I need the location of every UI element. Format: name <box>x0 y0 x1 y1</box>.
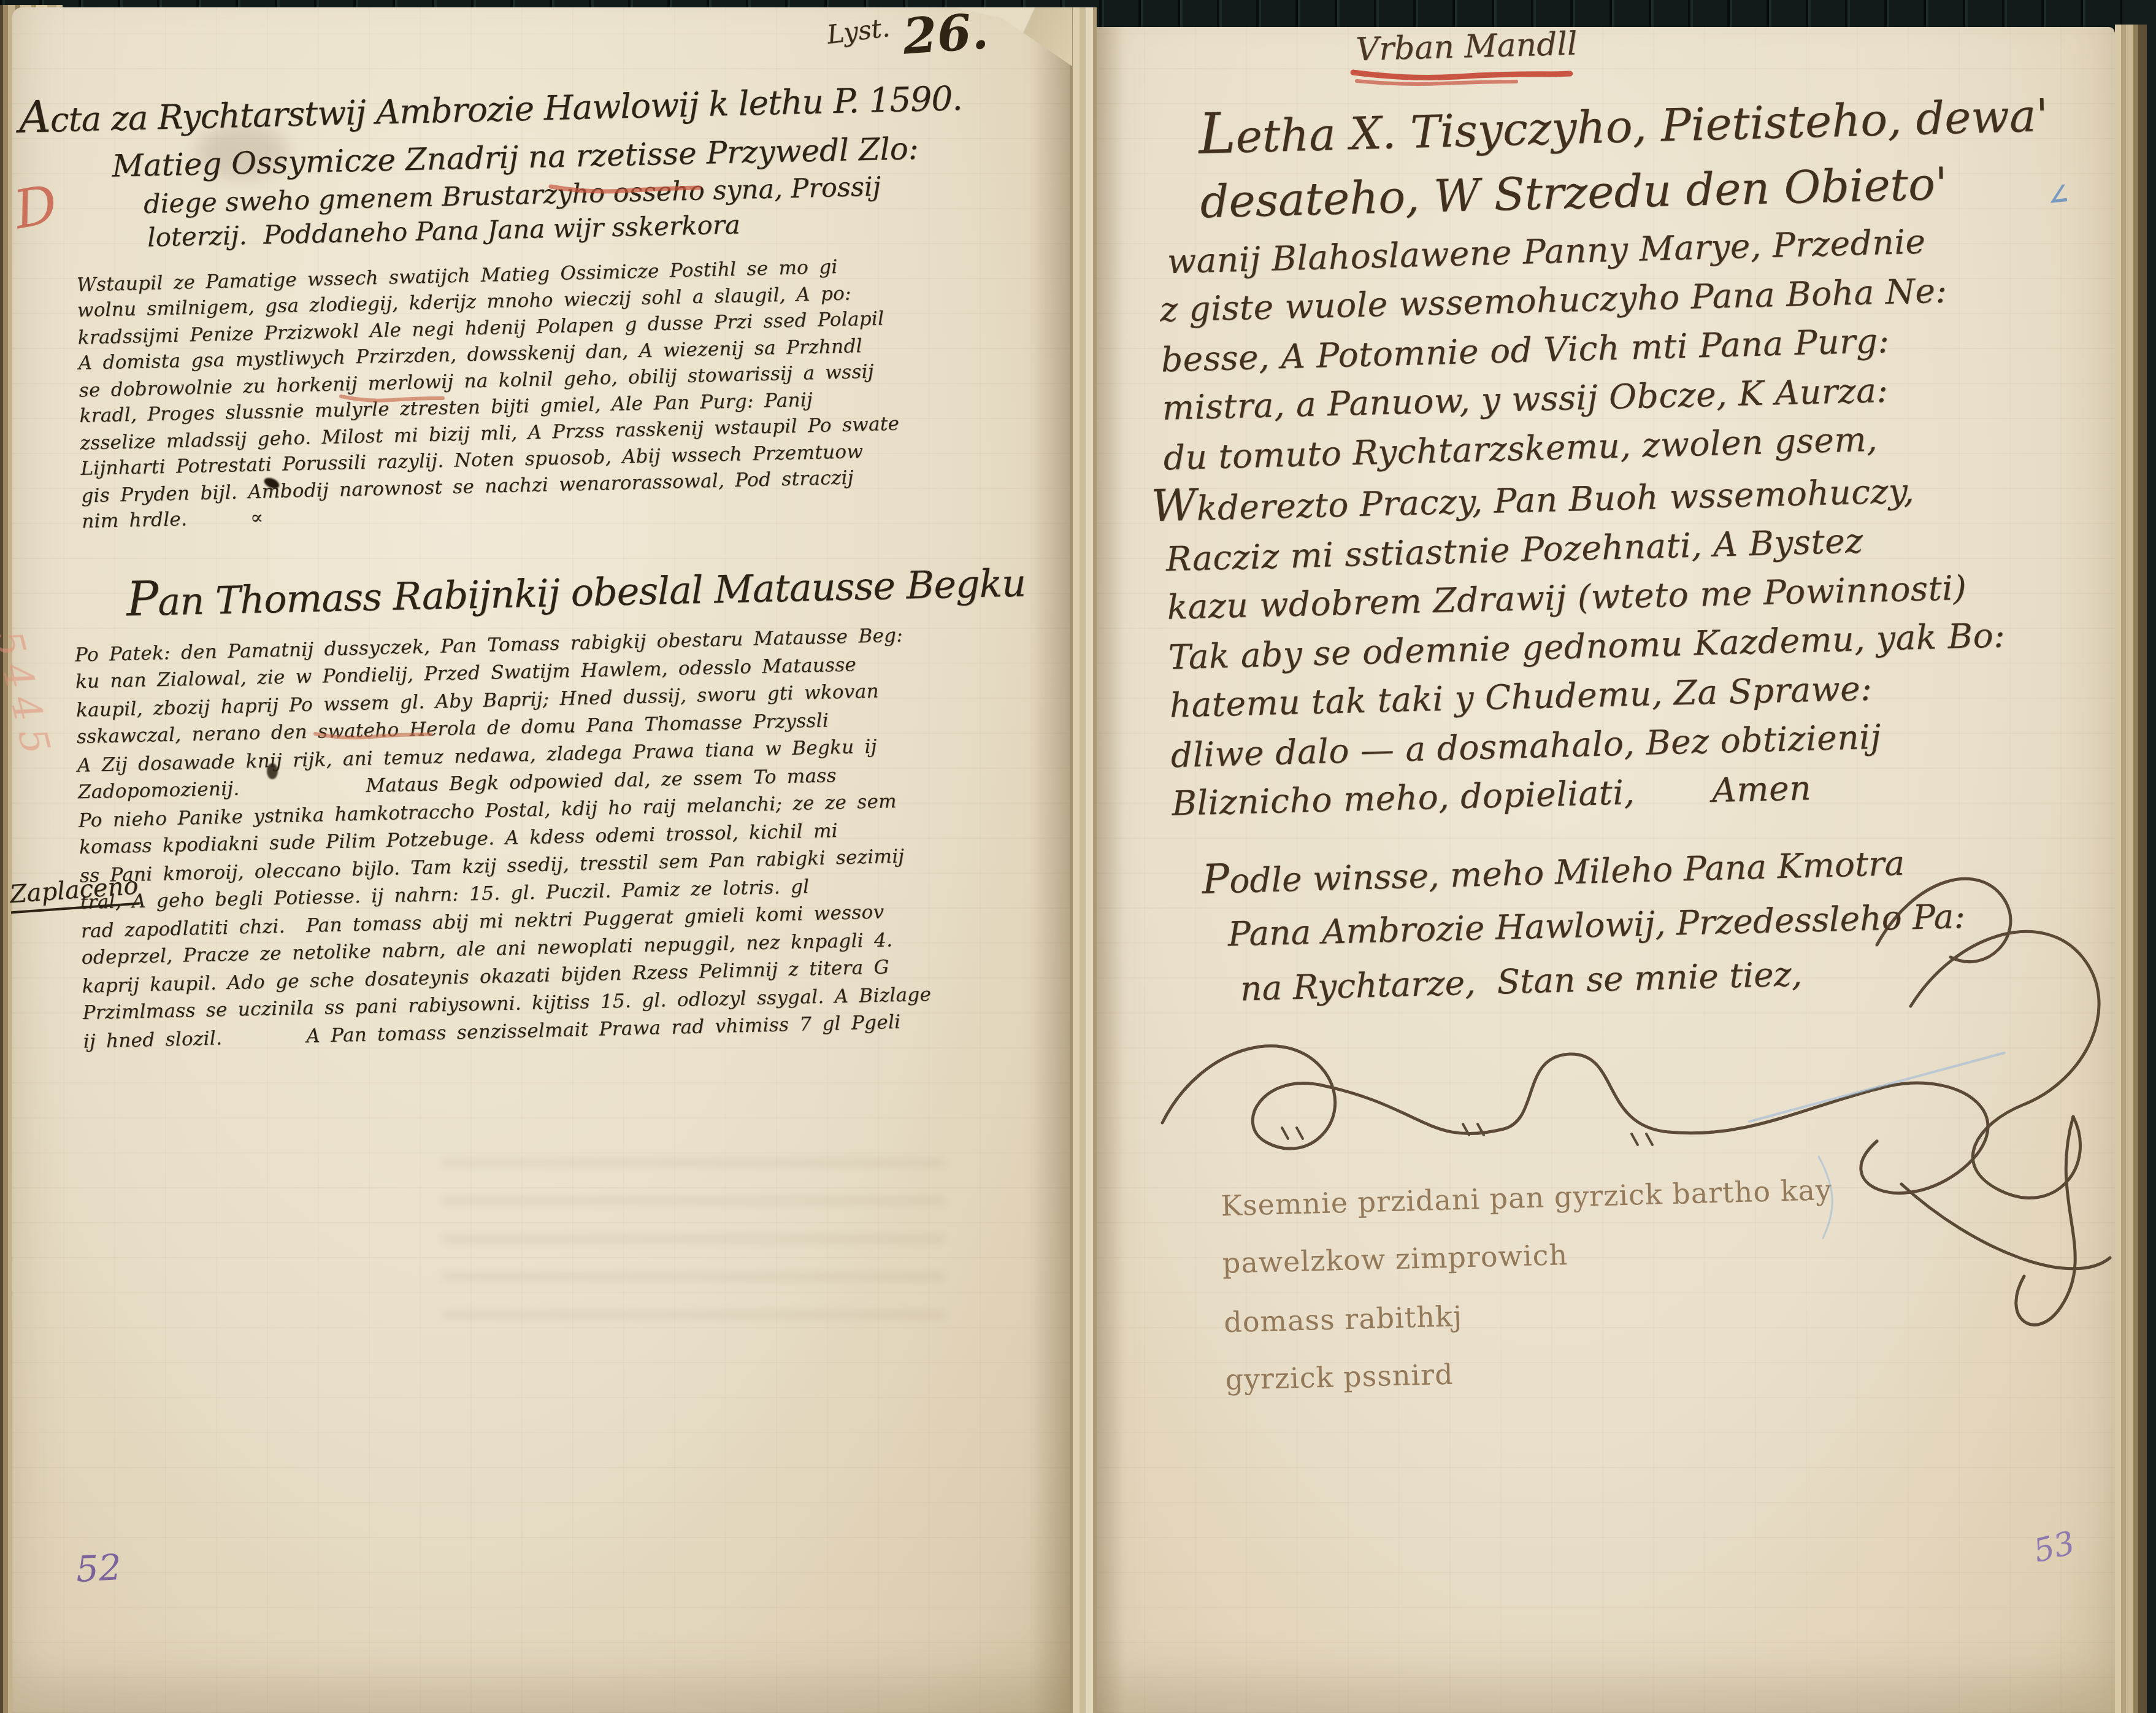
entry-paragraph: Wstaupil ze Pamatige wssech swatijch Mat… <box>76 250 1058 535</box>
right-page-text: Vrban Mandll Letha X. Tisyczyho, Pietist… <box>1153 12 2143 1410</box>
entry-paragraph: Po Patek: den Pamatnij dussyczek, Pan To… <box>75 619 1070 1055</box>
page-number-left: 52 <box>75 1546 122 1590</box>
show-through-text <box>442 1155 945 1339</box>
entry-closing: Podle winsse, meho Mileho Pana Kmotra Pa… <box>1173 829 2134 1016</box>
manuscript-photo: Lyst. 26. Acta za Rychtarstwij Ambrozie … <box>0 0 2156 1713</box>
folio-number: 26. <box>901 2 990 65</box>
left-page-text: Acta za Rychtarstwij Ambrozie Hawlowij k… <box>18 68 1070 1055</box>
entry-heading-line: Pan Thomass Rabijnkij obeslal Matausse B… <box>126 552 1061 627</box>
entry-body: Letha X. Tisyczyho, Pietisteho, dewa' de… <box>1155 79 2129 828</box>
book-gutter <box>1070 7 1097 1713</box>
witness-notes: Ksemnie przidani pan gyrzick bartho kay … <box>1220 1153 2143 1409</box>
margin-blue-mark: ∠ <box>2044 177 2071 212</box>
